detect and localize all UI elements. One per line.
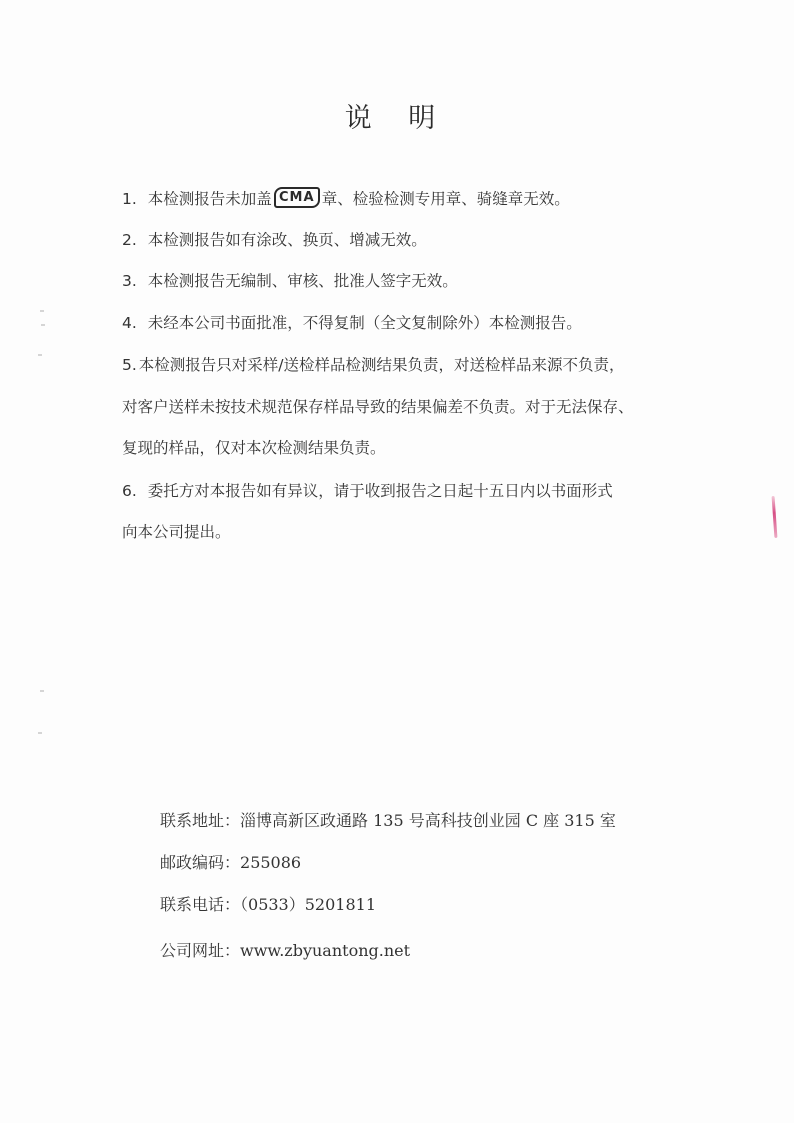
note-item-3: 3. 本检测报告无编制、审核、批准人签字无效。 — [122, 266, 458, 296]
note-text: 章、检验检测专用章、骑缝章无效。 — [322, 190, 570, 208]
scan-speck — [38, 354, 42, 356]
note-item-5-continued: 复现的样品，仅对本次检测结果负责。 — [122, 433, 386, 463]
note-text: 本检测报告如有涂改、换页、增减无效。 — [148, 231, 427, 249]
red-ink-mark — [772, 496, 778, 538]
note-text: 复现的样品，仅对本次检测结果负责。 — [122, 439, 386, 457]
cma-logo-icon: CMA — [274, 187, 320, 208]
note-text: 本检测报告未加盖 — [148, 190, 272, 208]
note-item-5-continued: 对客户送样未按技术规范保存样品导致的结果偏差不负责。对于无法保存、 — [122, 392, 634, 422]
address-label: 联系地址： — [160, 811, 240, 830]
scan-speck — [40, 310, 44, 312]
note-item-4: 4. 未经本公司书面批准，不得复制（全文复制除外）本检测报告。 — [122, 308, 582, 338]
scan-speck — [41, 324, 45, 326]
page-title: 说 明 — [0, 96, 794, 135]
contact-address: 联系地址：淄博高新区政通路 135 号高科技创业园 C 座 315 室 — [160, 808, 616, 831]
note-item-5: 5.本检测报告只对采样/送检样品检测结果负责，对送检样品来源不负责， — [122, 350, 625, 380]
note-item-2: 2. 本检测报告如有涂改、换页、增减无效。 — [122, 225, 427, 255]
note-number: 1. — [122, 184, 137, 214]
note-text: 向本公司提出。 — [122, 523, 231, 541]
website-label: 公司网址： — [160, 941, 240, 960]
note-number: 4. — [122, 308, 137, 338]
contact-phone: 联系电话：（0533）5201811 — [160, 892, 376, 915]
note-text: 对客户送样未按技术规范保存样品导致的结果偏差不负责。对于无法保存、 — [122, 398, 634, 416]
phone-label: 联系电话： — [160, 895, 240, 914]
website-value: www.zbyuantong.net — [240, 941, 410, 960]
note-text: 本检测报告无编制、审核、批准人签字无效。 — [148, 272, 458, 290]
note-item-1: 1. 本检测报告未加盖CMA章、检验检测专用章、骑缝章无效。 — [122, 184, 570, 214]
postcode-value: 255086 — [240, 853, 301, 872]
address-value: 淄博高新区政通路 135 号高科技创业园 C 座 315 室 — [240, 811, 616, 830]
scan-speck — [40, 690, 44, 692]
note-item-6-continued: 向本公司提出。 — [122, 517, 231, 547]
note-number: 6. — [122, 476, 137, 506]
contact-postcode: 邮政编码：255086 — [160, 850, 301, 873]
note-number: 3. — [122, 266, 137, 296]
document-page: 说 明 1. 本检测报告未加盖CMA章、检验检测专用章、骑缝章无效。 2. 本检… — [0, 0, 794, 1123]
note-text: 本检测报告只对采样/送检样品检测结果负责，对送检样品来源不负责， — [139, 356, 625, 374]
note-number: 2. — [122, 225, 137, 255]
note-text: 未经本公司书面批准，不得复制（全文复制除外）本检测报告。 — [148, 314, 582, 332]
note-item-6: 6. 委托方对本报告如有异议，请于收到报告之日起十五日内以书面形式 — [122, 476, 613, 506]
postcode-label: 邮政编码： — [160, 853, 240, 872]
note-number: 5. — [122, 350, 137, 380]
phone-value: （0533）5201811 — [240, 895, 376, 914]
contact-website: 公司网址：www.zbyuantong.net — [160, 938, 410, 961]
scan-speck — [38, 732, 42, 734]
note-text: 委托方对本报告如有异议，请于收到报告之日起十五日内以书面形式 — [148, 482, 613, 500]
